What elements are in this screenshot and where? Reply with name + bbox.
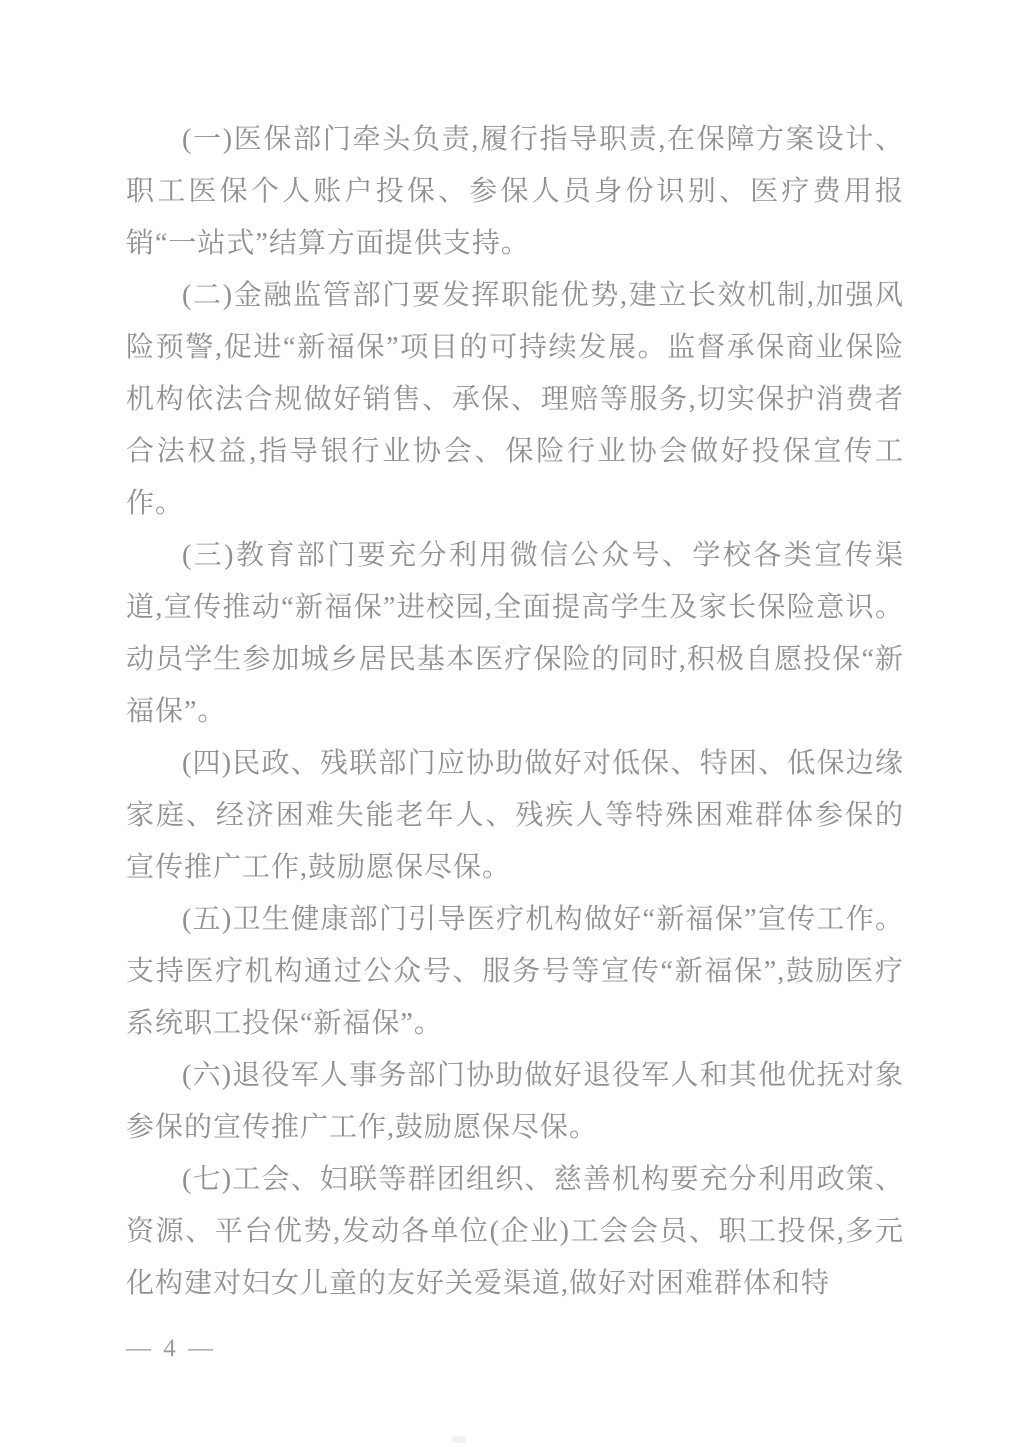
paragraph-7: (七)工会、妇联等群团组织、慈善机构要充分利用政策、资源、平台优势,发动各单位(…	[126, 1154, 904, 1310]
document-page: (一)医保部门牵头负责,履行指导职责,在保障方案设计、职工医保个人账户投保、参保…	[0, 0, 1024, 1447]
page-number: — 4 —	[126, 1335, 216, 1363]
paragraph-6: (六)退役军人事务部门协助做好退役军人和其他优抚对象参保的宣传推广工作,鼓励愿保…	[126, 1050, 904, 1154]
paragraph-5: (五)卫生健康部门引导医疗机构做好“新福保”宣传工作。支持医疗机构通过公众号、服…	[126, 894, 904, 1050]
scan-artifact	[452, 1436, 466, 1443]
paragraph-2: (二)金融监管部门要发挥职能优势,建立长效机制,加强风险预警,促进“新福保”项目…	[126, 270, 904, 530]
paragraph-4: (四)民政、残联部门应协助做好对低保、特困、低保边缘家庭、经济困难失能老年人、残…	[126, 738, 904, 894]
paragraph-1: (一)医保部门牵头负责,履行指导职责,在保障方案设计、职工医保个人账户投保、参保…	[126, 114, 904, 270]
paragraph-3: (三)教育部门要充分利用微信公众号、学校各类宣传渠道,宣传推动“新福保”进校园,…	[126, 530, 904, 738]
document-body: (一)医保部门牵头负责,履行指导职责,在保障方案设计、职工医保个人账户投保、参保…	[126, 114, 904, 1310]
